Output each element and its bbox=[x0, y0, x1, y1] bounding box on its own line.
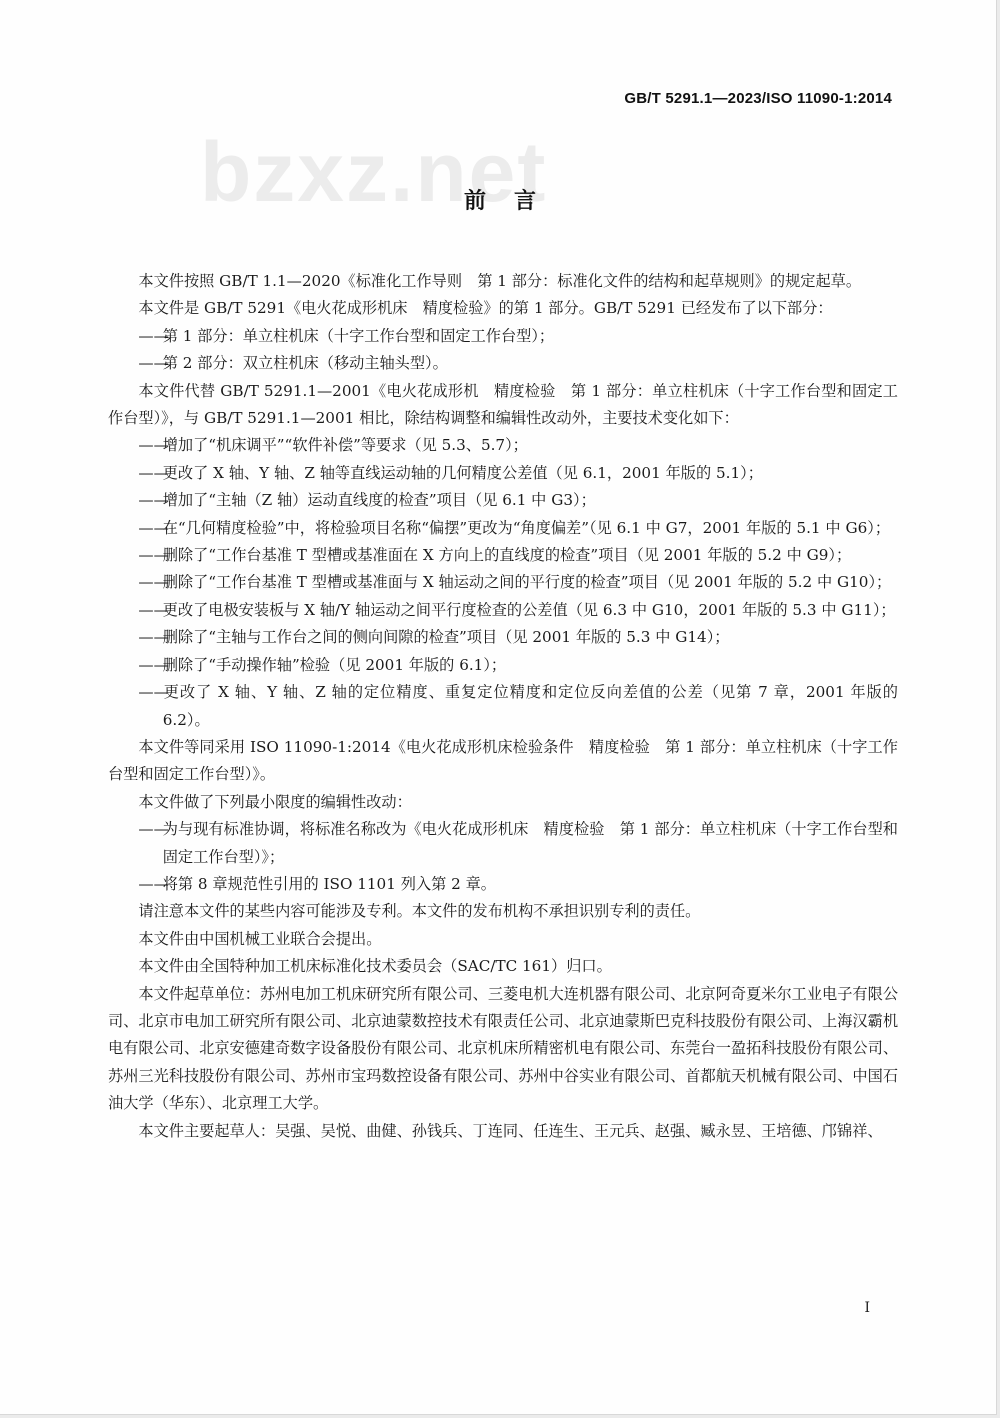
parts-list: ——第 1 部分：单立柱机床（十字工作台型和固定工作台型）； ——第 2 部分：… bbox=[108, 323, 898, 378]
paragraph: 本文件起草单位：苏州电加工机床研究所有限公司、三菱电机大连机器有限公司、北京阿奇… bbox=[108, 981, 898, 1118]
list-item: ——删除了“手动操作轴”检验（见 2001 年版的 6.1）； bbox=[108, 652, 898, 679]
list-item: ——将第 8 章规范性引用的 ISO 1101 列入第 2 章。 bbox=[108, 871, 898, 898]
paragraph: 本文件主要起草人：吴强、吴悦、曲健、孙钱兵、丁连同、任连生、王元兵、赵强、臧永昱… bbox=[108, 1118, 898, 1145]
dash-mark: —— bbox=[138, 323, 162, 350]
paragraph: 本文件等同采用 ISO 11090-1:2014《电火花成形机床检验条件 精度检… bbox=[108, 734, 898, 789]
list-item: ——删除了“工作台基准 T 型槽或基准面与 X 轴运动之间的平行度的检查”项目（… bbox=[108, 569, 898, 596]
list-item: ——删除了“主轴与工作台之间的侧向间隙的检查”项目（见 2001 年版的 5.3… bbox=[108, 624, 898, 651]
list-item: ——为与现有标准协调，将标准名称改为《电火花成形机床 精度检验 第 1 部分：单… bbox=[108, 816, 898, 871]
paragraph: 本文件代替 GB/T 5291.1—2001《电火花成形机 精度检验 第 1 部… bbox=[108, 378, 898, 433]
foreword-body: 本文件按照 GB/T 1.1—2020《标准化工作导则 第 1 部分：标准化文件… bbox=[108, 268, 898, 1145]
paragraph: 请注意本文件的某些内容可能涉及专利。本文件的发布机构不承担识别专利的责任。 bbox=[108, 898, 898, 925]
list-item: ——增加了“主轴（Z 轴）运动直线度的检查”项目（见 6.1 中 G3）； bbox=[108, 487, 898, 514]
list-item: ——增加了“机床调平”“软件补偿”等要求（见 5.3、5.7）； bbox=[108, 432, 898, 459]
list-item: ——第 2 部分：双立柱机床（移动主轴头型）。 bbox=[108, 350, 898, 377]
page-title: 前言 bbox=[0, 184, 1000, 215]
document-page: GB/T 5291.1—2023/ISO 11090-1:2014 bzxz.n… bbox=[0, 0, 997, 1415]
list-item: ——更改了 X 轴、Y 轴、Z 轴的定位精度、重复定位精度和定位反向差值的公差（… bbox=[108, 679, 898, 734]
list-item: ——在“几何精度检验”中，将检验项目名称“偏摆”更改为“角度偏差”（见 6.1 … bbox=[108, 515, 898, 542]
list-item: ——删除了“工作台基准 T 型槽或基准面在 X 方向上的直线度的检查”项目（见 … bbox=[108, 542, 898, 569]
list-item: ——更改了 X 轴、Y 轴、Z 轴等直线运动轴的几何精度公差值（见 6.1，20… bbox=[108, 460, 898, 487]
paragraph: 本文件是 GB/T 5291《电火花成形机床 精度检验》的第 1 部分。GB/T… bbox=[108, 295, 898, 322]
paragraph: 本文件由全国特种加工机床标准化技术委员会（SAC/TC 161）归口。 bbox=[108, 953, 898, 980]
paragraph: 本文件由中国机械工业联合会提出。 bbox=[108, 926, 898, 953]
dash-mark: —— bbox=[138, 350, 162, 377]
editorial-changes-list: ——为与现有标准协调，将标准名称改为《电火花成形机床 精度检验 第 1 部分：单… bbox=[108, 816, 898, 898]
paragraph: 本文件按照 GB/T 1.1—2020《标准化工作导则 第 1 部分：标准化文件… bbox=[108, 268, 898, 295]
paragraph: 本文件做了下列最小限度的编辑性改动： bbox=[108, 789, 898, 816]
standard-code: GB/T 5291.1—2023/ISO 11090-1:2014 bbox=[624, 90, 892, 107]
list-item: ——更改了电极安装板与 X 轴/Y 轴运动之间平行度检查的公差值（见 6.3 中… bbox=[108, 597, 898, 624]
page-number: I bbox=[864, 1300, 870, 1316]
list-item: ——第 1 部分：单立柱机床（十字工作台型和固定工作台型）； bbox=[108, 323, 898, 350]
changes-list: ——增加了“机床调平”“软件补偿”等要求（见 5.3、5.7）； ——更改了 X… bbox=[108, 432, 898, 733]
